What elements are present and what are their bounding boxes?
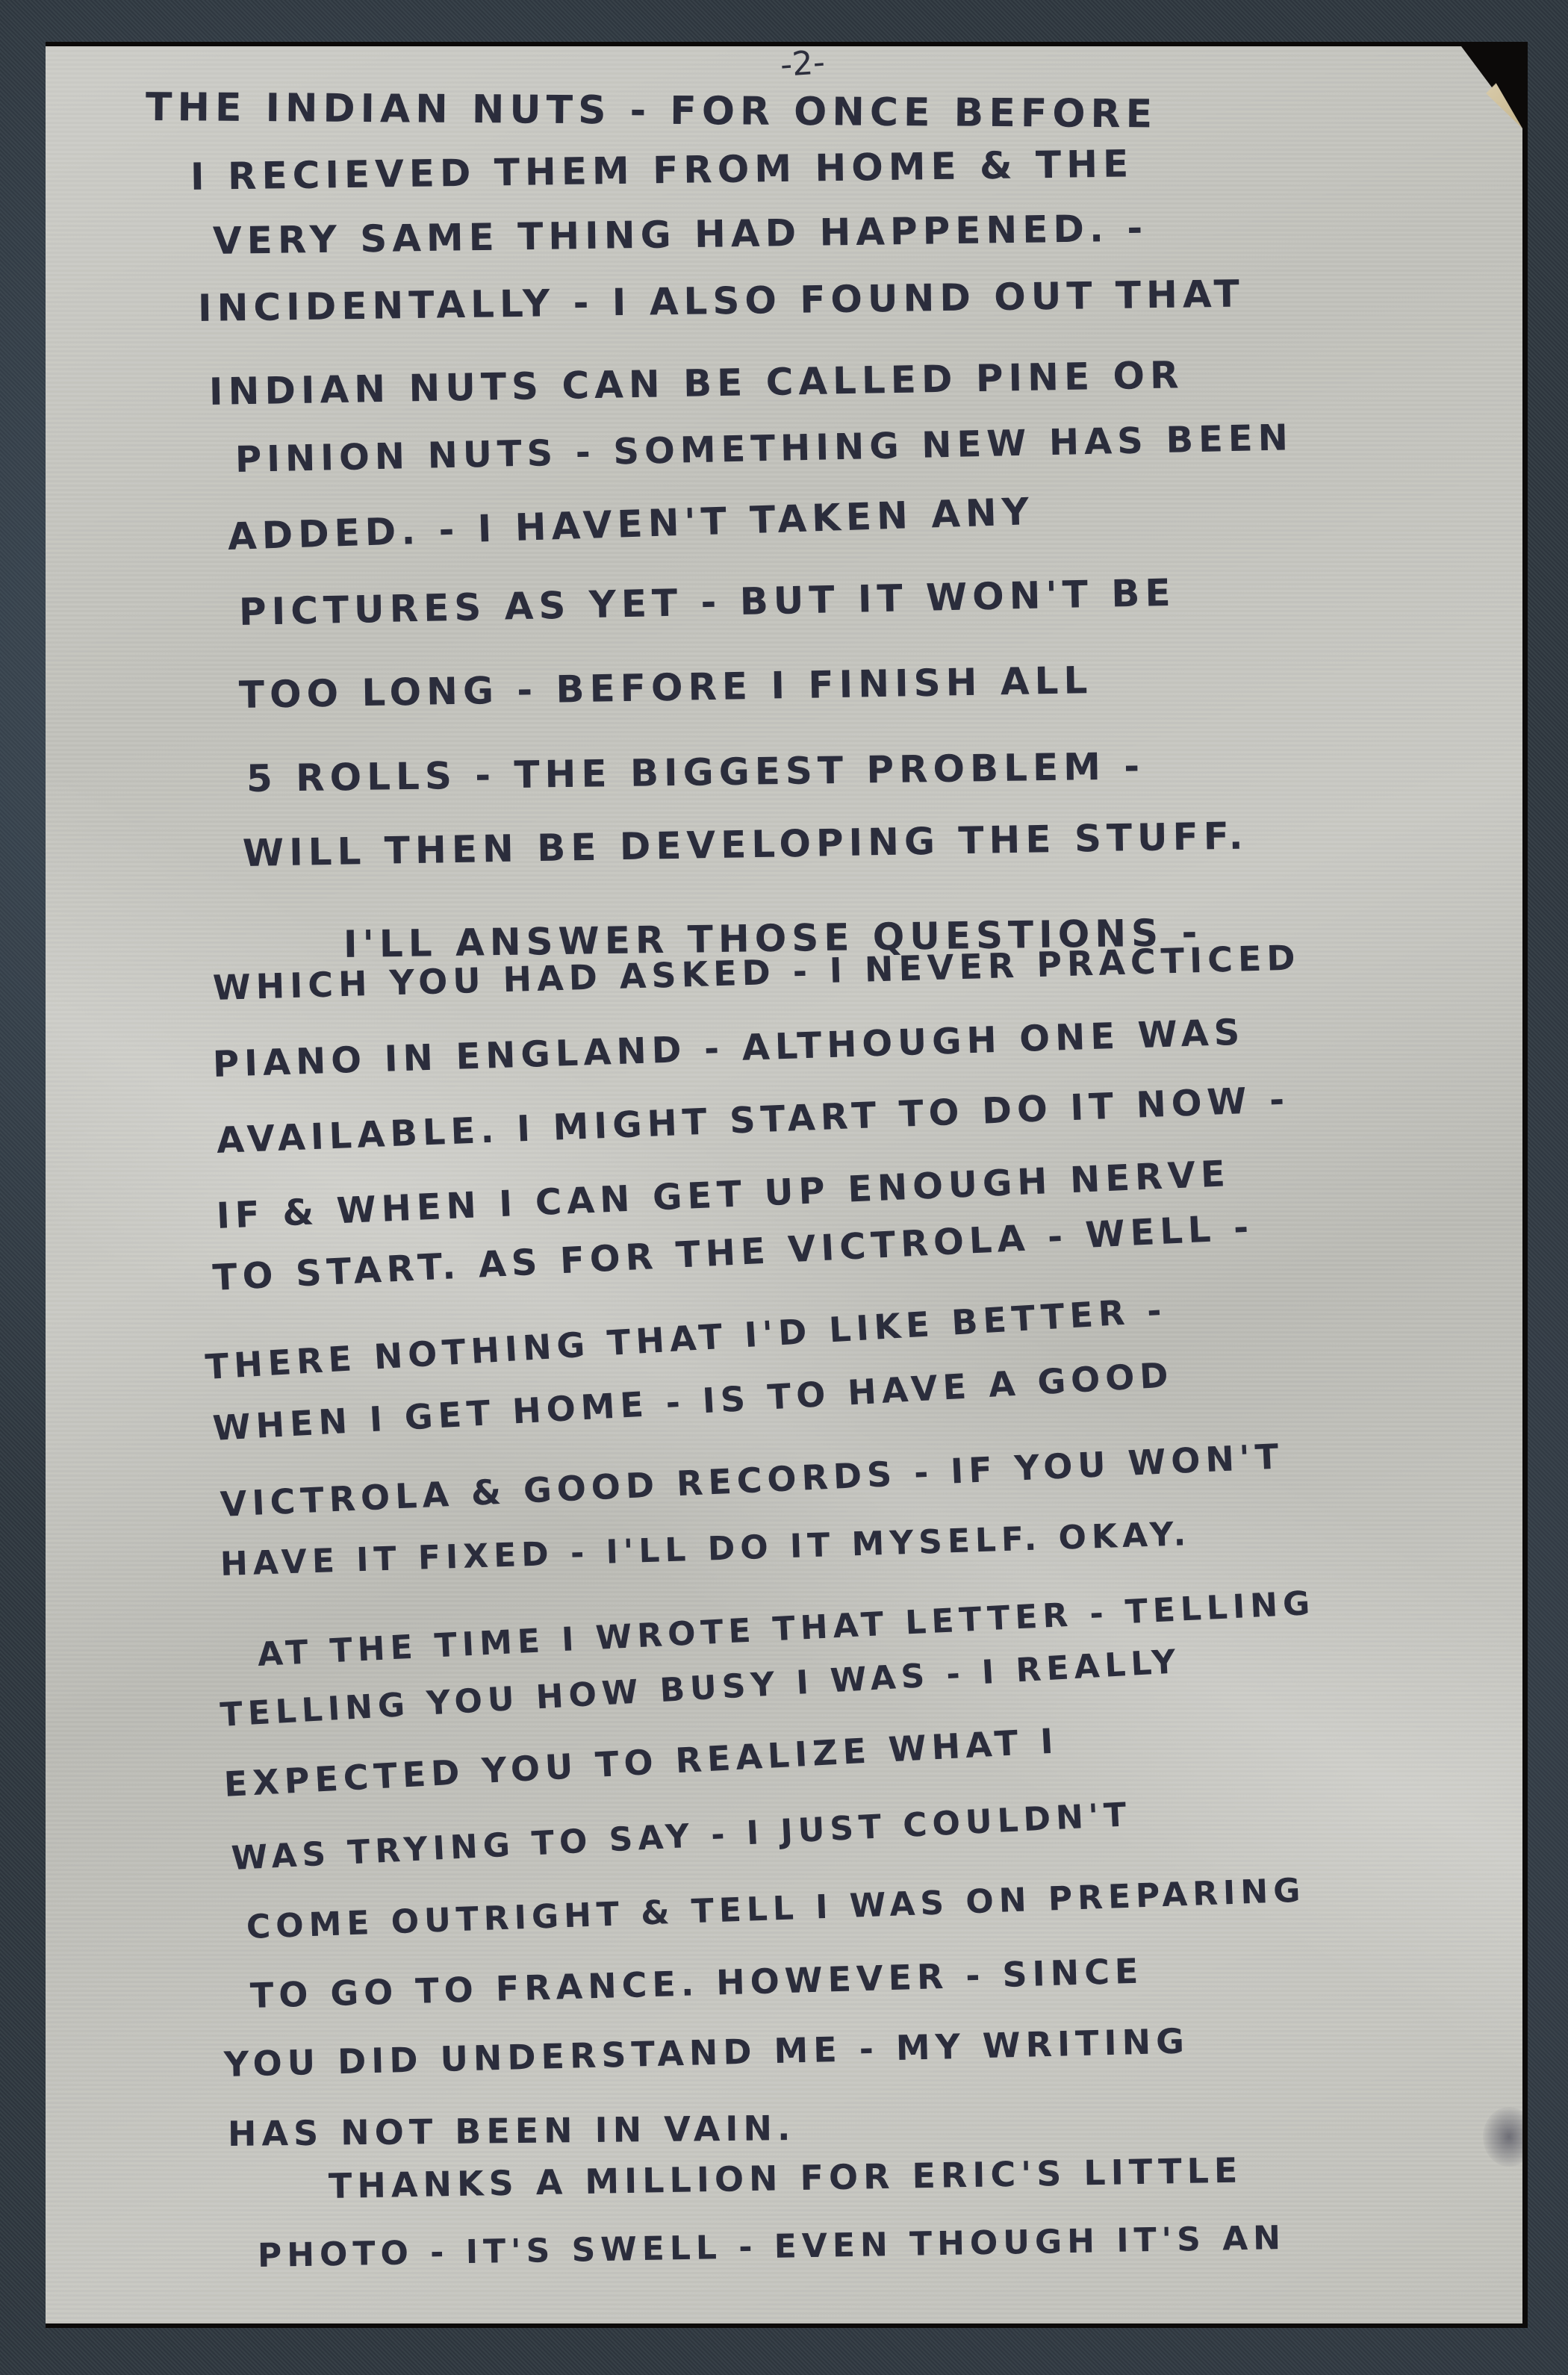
page-number: -2- — [779, 43, 826, 84]
letter-line: the Indian nuts - for once before — [146, 88, 1157, 134]
ink-smudge — [1483, 2107, 1522, 2167]
letter-line: has not been in vain. — [228, 2111, 796, 2151]
scanned-letter-frame: -2- the Indian nuts - for once before I … — [0, 0, 1568, 2375]
